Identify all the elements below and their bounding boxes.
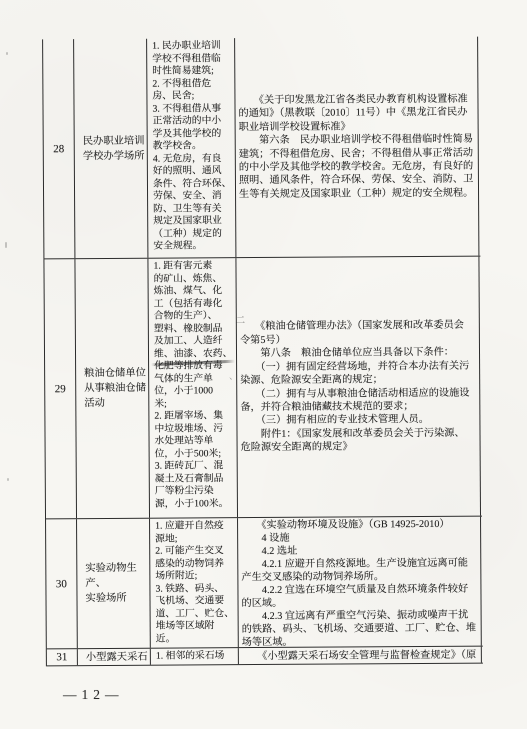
legal-basis-cell: 《实验动物环境及设施》（GB 14925-2010） 4 设施 4.2 选址 4…	[238, 517, 482, 647]
page-number: —12—	[63, 687, 124, 703]
requirements-cell: 1. 距有害元素 的矿山、炼焦、 炼油、煤气、化 工（包括有毒化 合物的生产）、…	[148, 258, 238, 518]
category-cell: 实验动物生产、 实验场所	[77, 519, 151, 648]
table-row: 29 粮油仓储单位 从事粮油仓储 活动 1. 距有害元素 的矿山、炼焦、 炼油、…	[44, 257, 482, 520]
legal-basis-text: 《关于印发黑龙江省各类民办教育机构设置标准 的通知》（黑教联〔2010〕11号）…	[235, 93, 478, 202]
scanned-document-page: 28 民办职业培训 学校办学场所 1. 民办职业培训 学校不得租借临 时性简易建…	[0, 0, 527, 729]
table-row: 28 民办职业培训 学校办学场所 1. 民办职业培训 学校不得租借临 时性简易建…	[43, 37, 480, 260]
row-number: 29	[44, 259, 77, 518]
scan-artifact-mark: 、	[229, 369, 238, 382]
category-text: 小型露天采石	[78, 649, 148, 664]
legal-basis-text: 《实验动物环境及设施》（GB 14925-2010） 4 设施 4.2 选址 4…	[238, 517, 481, 647]
requirements-cell: 1. 民办职业培训 学校不得租借临 时性简易建筑; 2. 不得租借危 房、民舍;…	[147, 38, 236, 258]
category-text: 粮油仓储单位 从事粮油仓储 活动	[76, 366, 146, 411]
category-text: 民办职业培训 学校办学场所	[75, 133, 145, 163]
legal-basis-cell: 《粮油仓储管理办法》（国家发展和改革委员会 令第5号） 第八条 粮油仓储单位应当…	[236, 257, 481, 517]
scan-speck	[6, 52, 8, 55]
category-cell: 小型露天采石	[78, 649, 151, 665]
regulation-table: 28 民办职业培训 学校办学场所 1. 民办职业培训 学校不得租借临 时性简易建…	[42, 37, 483, 667]
requirements-text: 1. 距有害元素 的矿山、炼焦、 炼油、煤气、化 工（包括有毒化 合物的生产）、…	[148, 258, 237, 511]
requirements-text: 1. 相邻的采石场	[151, 648, 238, 663]
legal-basis-cell: 《小型露天采石场安全管理与监督检查规定》（原	[239, 647, 482, 664]
table-row: 31 小型露天采石 1. 相邻的采石场 《小型露天采石场安全管理与监督检查规定》…	[47, 647, 483, 667]
requirements-cell: 1. 应避开自然疫 源地; 2. 可能产生交叉 感染的动物饲养 场所附近; 3.…	[150, 518, 239, 648]
row-number: 31	[47, 649, 78, 665]
requirements-text: 1. 应避开自然疫 源地; 2. 可能产生交叉 感染的动物饲养 场所附近; 3.…	[150, 518, 238, 646]
category-cell: 粮油仓储单位 从事粮油仓储 活动	[75, 259, 150, 518]
requirements-cell: 1. 相邻的采石场	[151, 648, 239, 665]
scan-speck	[5, 242, 7, 248]
legal-basis-text: 《粮油仓储管理办法》（国家发展和改革委员会 令第5号） 第八条 粮油仓储单位应当…	[237, 319, 480, 455]
legal-basis-text: 《小型露天采石场安全管理与监督检查规定》（原	[239, 648, 481, 662]
row-number: 30	[46, 519, 78, 648]
category-cell: 民办职业培训 学校办学场所	[74, 39, 148, 258]
requirements-text: 1. 民办职业培训 学校不得租借临 时性简易建筑; 2. 不得租借危 房、民舍;…	[147, 38, 235, 253]
row-number: 28	[43, 39, 75, 258]
table-row: 30 实验动物生产、 实验场所 1. 应避开自然疫 源地; 2. 可能产生交叉 …	[46, 517, 483, 650]
category-text: 实验动物生产、 实验场所	[77, 561, 149, 606]
scan-artifact-mark: 二	[236, 313, 245, 326]
legal-basis-cell: 《关于印发黑龙江省各类民办教育机构设置标准 的通知》（黑教联〔2010〕11号）…	[235, 37, 479, 257]
scan-speck	[7, 478, 9, 481]
